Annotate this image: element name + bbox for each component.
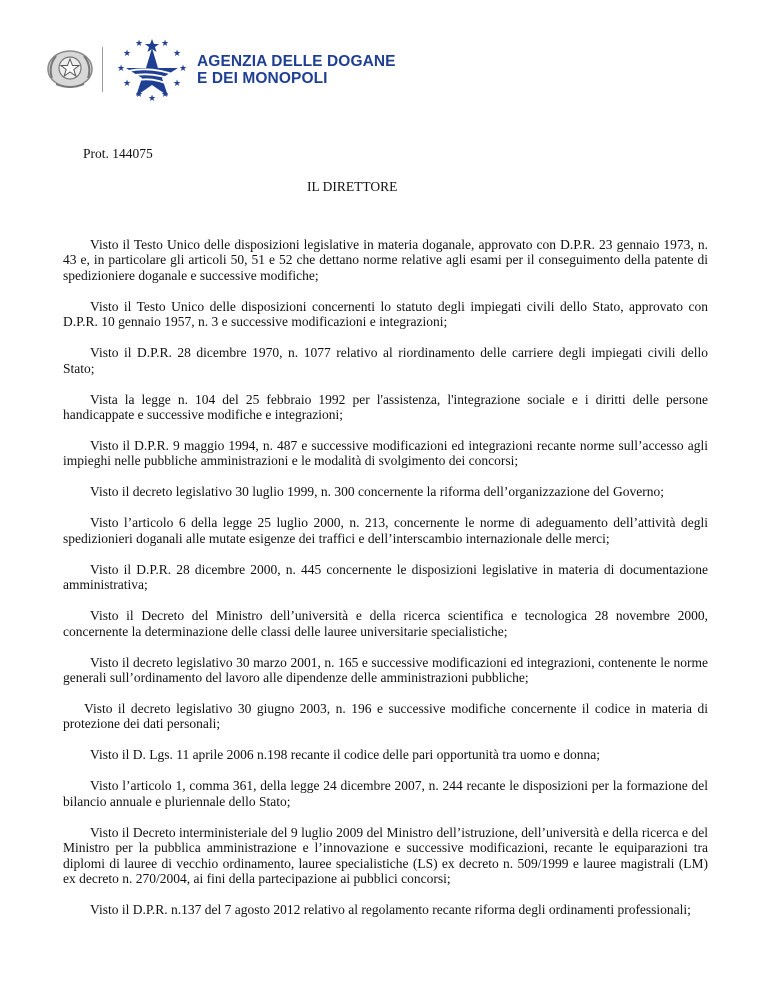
paragraph: Visto il Decreto interministeriale del 9… [63,825,708,887]
paragraph: Visto il Decreto del Ministro dell’unive… [63,608,708,639]
agency-name-line1: AGENZIA DELLE DOGANE [197,53,396,70]
paragraph: Visto il decreto legislativo 30 giugno 2… [63,701,708,732]
paragraph: Visto il D.P.R. n.137 del 7 agosto 2012 … [63,902,708,917]
paragraph: Visto l’articolo 1, comma 361, della leg… [63,778,708,809]
svg-text:★: ★ [123,78,131,88]
paragraph: Visto il D.P.R. 28 dicembre 1970, n. 107… [63,345,708,376]
protocol-number: Prot. 144075 [83,146,153,162]
agency-name-line2: E DEI MONOPOLI [197,70,396,87]
document-title: IL DIRETTORE [307,179,397,195]
paragraph: Visto il decreto legislativo 30 luglio 1… [63,484,708,499]
paragraph: Visto il Testo Unico delle disposizioni … [63,237,708,283]
svg-text:★: ★ [148,93,156,102]
paragraph: Visto l’articolo 6 della legge 25 luglio… [63,515,708,546]
paragraph: Visto il Testo Unico delle disposizioni … [63,299,708,330]
letterhead: ★ ★ ★ ★ ★ ★ ★ ★ ★ ★ ★ AGENZIA DELLE DOGA… [0,0,768,110]
logo-divider [102,47,103,92]
document-body: Visto il Testo Unico delle disposizioni … [63,237,708,933]
republic-emblem-icon [44,48,96,90]
svg-text:★: ★ [161,38,169,48]
paragraph: Visto il decreto legislativo 30 marzo 20… [63,655,708,686]
svg-text:★: ★ [135,38,143,48]
svg-text:★: ★ [179,63,187,73]
agency-star-logo-icon: ★ ★ ★ ★ ★ ★ ★ ★ ★ ★ ★ [108,36,196,102]
paragraph: Visto il D.P.R. 28 dicembre 2000, n. 445… [63,562,708,593]
svg-text:★: ★ [117,63,125,73]
agency-name: AGENZIA DELLE DOGANE E DEI MONOPOLI [197,53,396,87]
svg-text:★: ★ [123,48,131,58]
svg-text:★: ★ [173,48,181,58]
paragraph: Visto il D.P.R. 9 maggio 1994, n. 487 e … [63,438,708,469]
paragraph: Visto il D. Lgs. 11 aprile 2006 n.198 re… [63,747,708,762]
paragraph: Vista la legge n. 104 del 25 febbraio 19… [63,392,708,423]
